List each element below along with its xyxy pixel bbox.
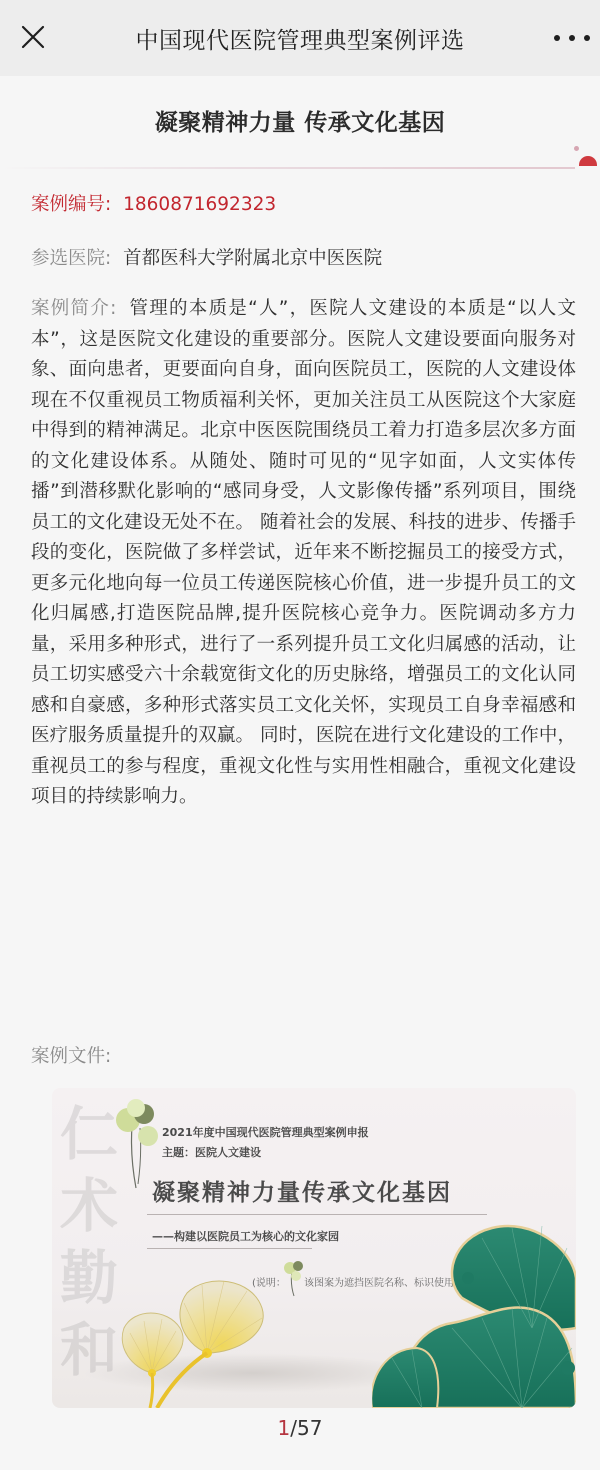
decorative-red-semicircle (579, 156, 597, 166)
pager-separator: / (290, 1416, 297, 1440)
decorative-dot (574, 146, 579, 151)
summary-label: 案例简介: (31, 298, 116, 319)
more-options-button[interactable] (554, 28, 590, 48)
case-summary: 案例简介: 管理的本质是“人”，医院人文建设的本质是“以人文本”，这是医院文化建… (31, 294, 576, 813)
hospital-row: 参选医院: 首都医科大学附属北京中医医院 (31, 242, 576, 275)
summary-text: 管理的本质是“人”，医院人文建设的本质是“以人文本”，这是医院文化建设的重要部分… (31, 298, 576, 807)
more-icon-dot (584, 35, 590, 41)
case-number-value: 1860871692323 (123, 194, 276, 215)
case-detail-page: 凝聚精神力量 传承文化基因 案例编号: 1860871692323 参选医院: … (0, 76, 600, 1470)
top-navigation-bar: 中国现代医院管理典型案例评选 (0, 0, 600, 76)
hospital-value: 首都医科大学附属北京中医医院 (123, 248, 382, 269)
decorative-divider (0, 167, 575, 169)
case-title: 凝聚精神力量 传承文化基因 (0, 104, 600, 137)
pager-total: 57 (297, 1416, 322, 1440)
close-icon (18, 22, 48, 52)
pager-current: 1 (278, 1416, 291, 1440)
case-number-row: 案例编号: 1860871692323 (31, 188, 576, 221)
slide-theme-line: 主题：医院人文建设 (162, 1144, 261, 1160)
case-number-label: 案例编号: (31, 194, 111, 215)
window-title: 中国现代医院管理典型案例评选 (136, 22, 465, 55)
slide-subtitle: ——构建以医院员工为核心的文化家园 (152, 1228, 339, 1244)
slide-title: 凝聚精神力量传承文化基因 (152, 1174, 452, 1207)
case-files-label: 案例文件: (31, 1042, 111, 1068)
hospital-label: 参选医院: (31, 248, 111, 269)
slide-pager: 1/57 (0, 1416, 600, 1440)
calligraphy-watermark: 仁术勤和 (60, 1098, 110, 1386)
more-icon-dot (554, 35, 560, 41)
green-ginkgo-leaves-icon (372, 1218, 576, 1408)
slide-subtitle-underline (147, 1248, 312, 1249)
case-file-slide-preview[interactable]: 仁术勤和 2021年度中国现代医院管理典型案例申报 主题：医院人文建设 凝聚精神… (52, 1088, 576, 1408)
more-icon-dot (569, 35, 575, 41)
slide-title-underline (147, 1214, 487, 1215)
slide-year-line: 2021年度中国现代医院管理典型案例申报 (162, 1124, 369, 1140)
gold-ginkgo-leaves-icon (112, 1273, 282, 1408)
close-button[interactable] (18, 22, 48, 52)
